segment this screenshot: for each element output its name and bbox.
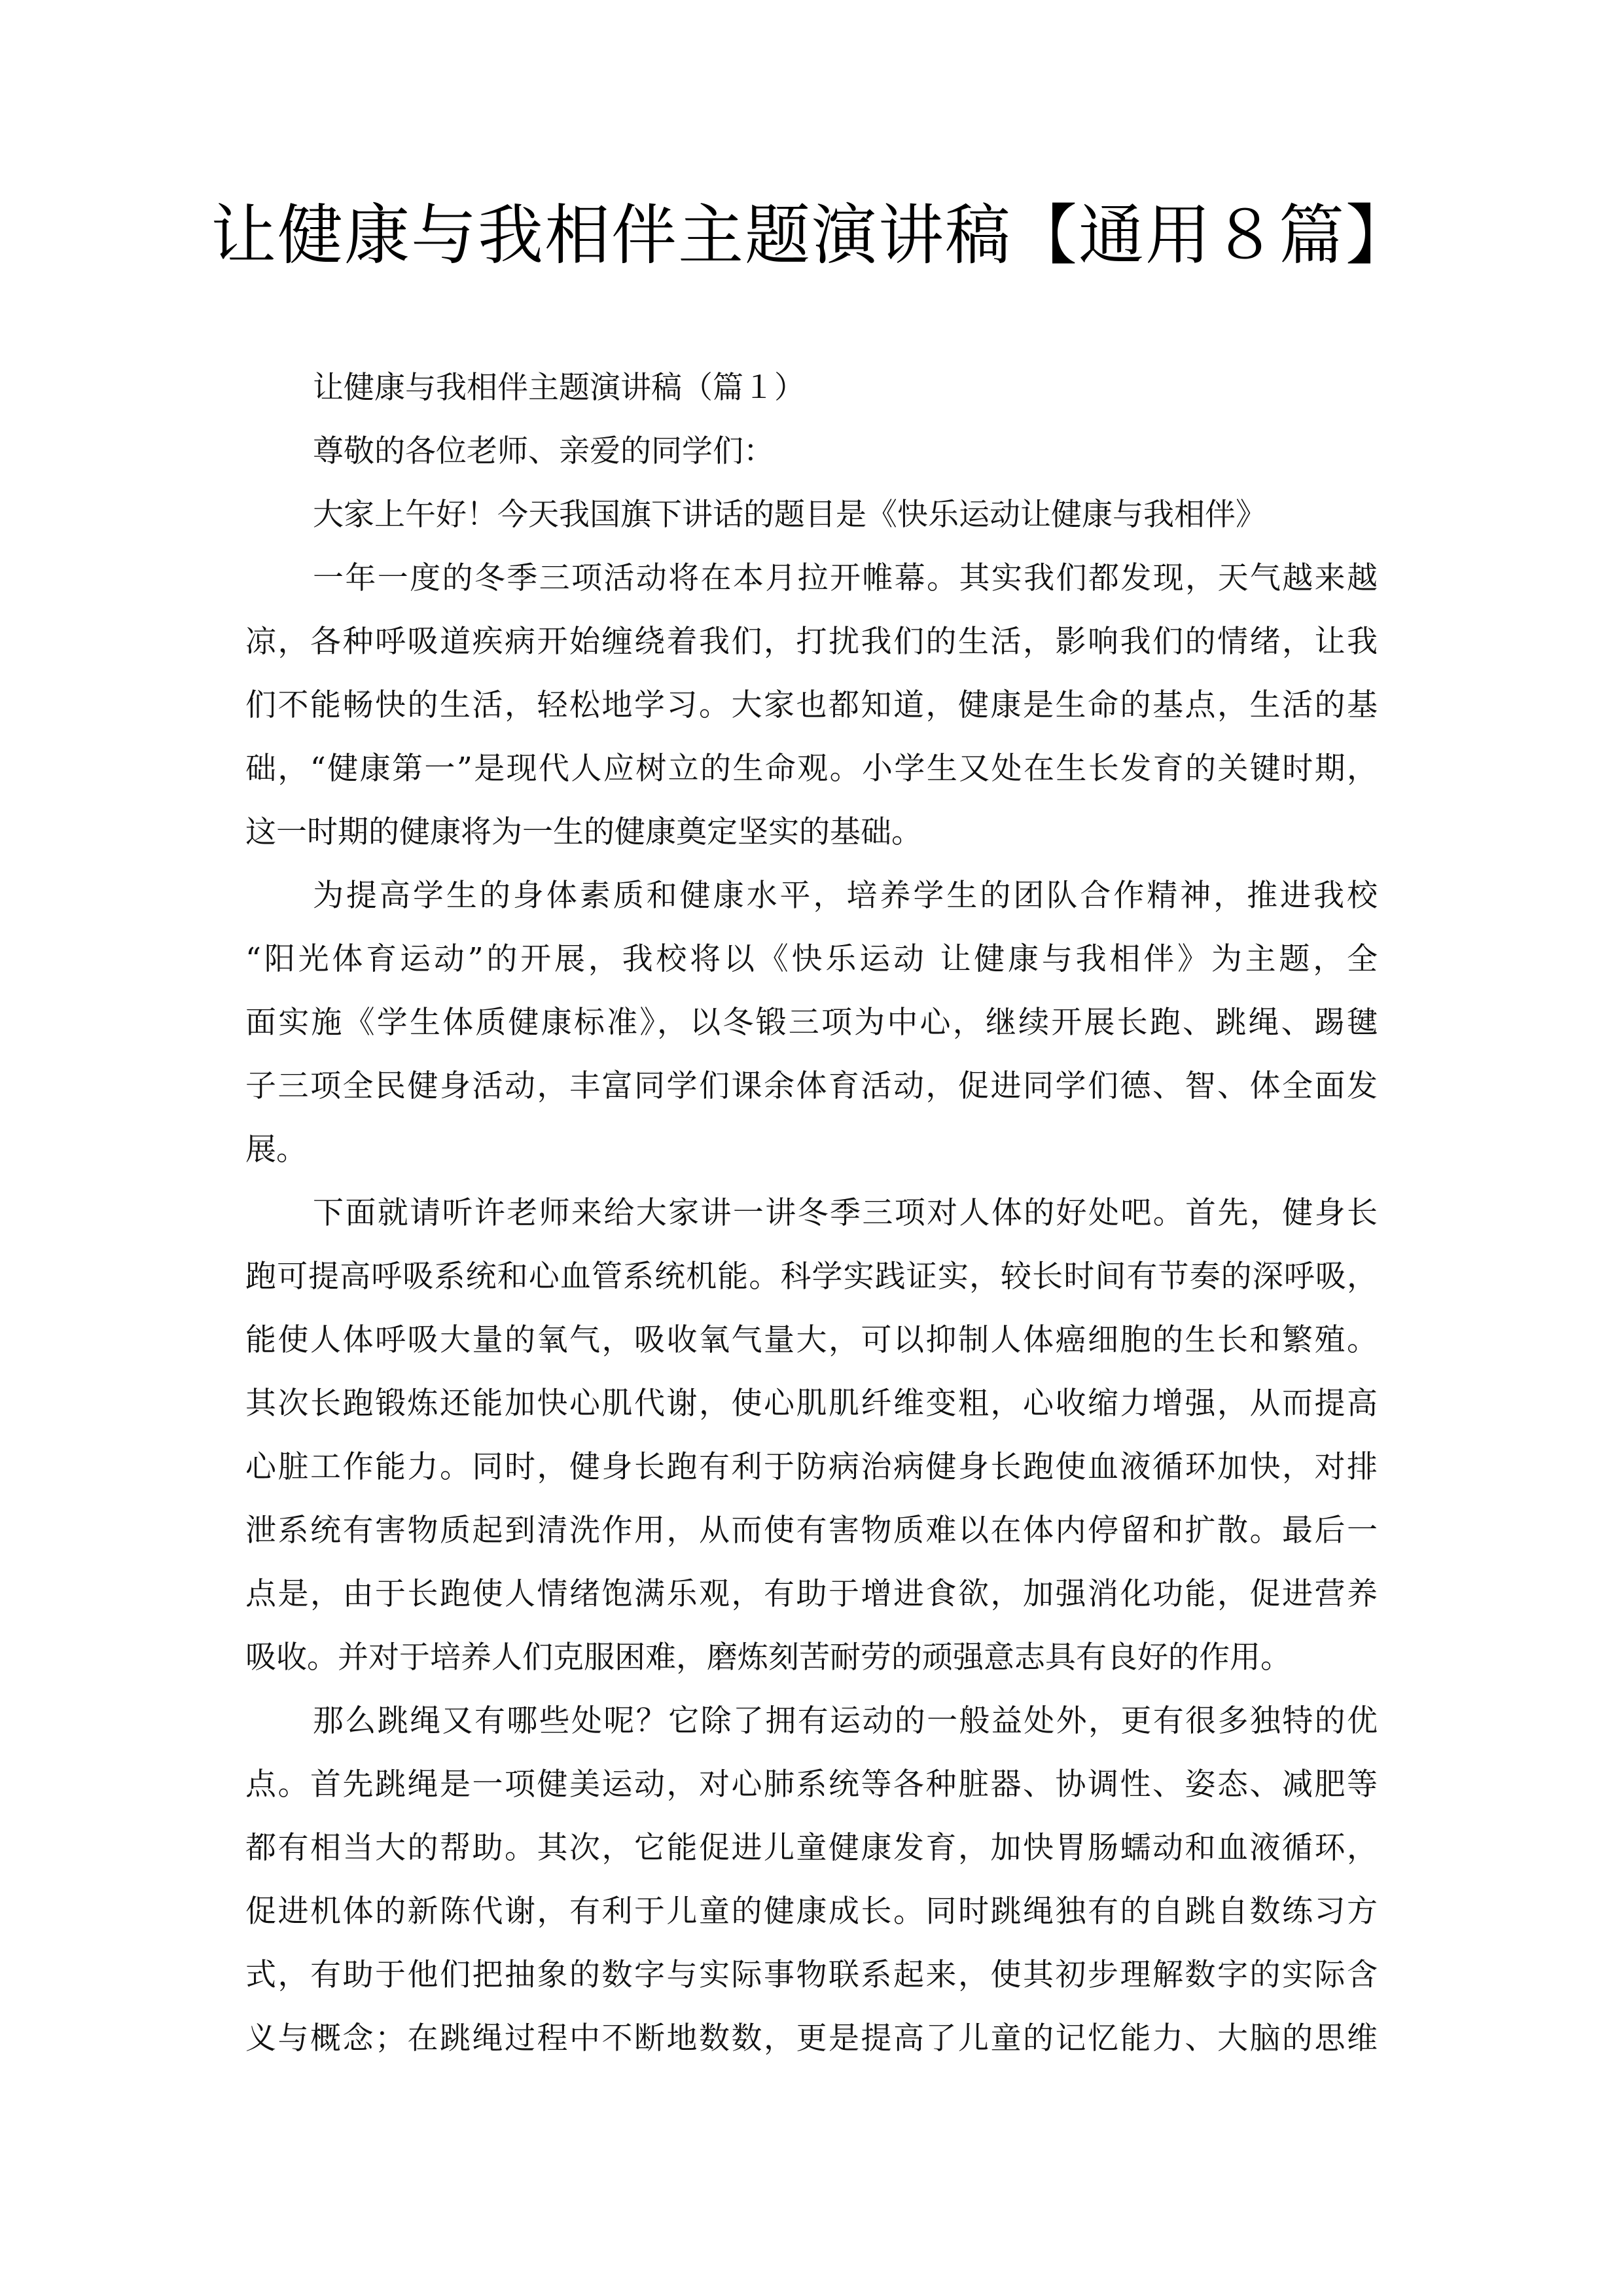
text-line: 凉，各种呼吸道疾病开始缠绕着我们，打扰我们的生活，影响我们的情绪，让我	[245, 610, 1378, 673]
text-line: 础，“健康第一”是现代人应树立的生命观。小学生又处在生长发育的关键时期，	[245, 737, 1378, 800]
text-line: 尊敬的各位老师、亲爱的同学们：	[245, 420, 1378, 483]
document-body: 让健康与我相伴主题演讲稿（篇１） 尊敬的各位老师、亲爱的同学们： 大家上午好！今…	[245, 356, 1378, 2070]
text-line: 点是，由于长跑使人情绪饱满乐观，有助于增进食欲，加强消化功能，促进营养	[245, 1562, 1378, 1626]
text-line: 式，有助于他们把抽象的数字与实际事物联系起来，使其初步理解数字的实际含	[245, 1943, 1378, 2007]
text-line: 一年一度的冬季三项活动将在本月拉开帷幕。其实我们都发现，天气越来越	[245, 547, 1378, 610]
text-line: 面实施《学生体质健康标准》，以冬锻三项为中心，继续开展长跑、跳绳、踢毽	[245, 991, 1378, 1054]
text-line: 促进机体的新陈代谢，有利于儿童的健康成长。同时跳绳独有的自跳自数练习方	[245, 1880, 1378, 1943]
paragraph-2: 为提高学生的身体素质和健康水平，培养学生的团队合作精神，推进我校 “阳光体育运动…	[245, 864, 1378, 1181]
text-line: 们不能畅快的生活，轻松地学习。大家也都知道，健康是生命的基点，生活的基	[245, 673, 1378, 737]
text-line: 点。首先跳绳是一项健美运动，对心肺系统等各种脏器、协调性、姿态、减肥等	[245, 1753, 1378, 1816]
text-line: 这一时期的健康将为一生的健康奠定坚实的基础。	[245, 800, 1378, 864]
text-line: 大家上午好！今天我国旗下讲话的题目是《快乐运动让健康与我相伴》	[245, 483, 1378, 547]
text-line: 泄系统有害物质起到清洗作用，从而使有害物质难以在体内停留和扩散。最后一	[245, 1499, 1378, 1562]
text-line: 义与概念；在跳绳过程中不断地数数，更是提高了儿童的记忆能力、大脑的思维	[245, 2007, 1378, 2070]
text-line: 那么跳绳又有哪些处呢？它除了拥有运动的一般益处外，更有很多独特的优	[245, 1689, 1378, 1753]
text-line: 吸收。并对于培养人们克服困难，磨炼刻苦耐劳的顽强意志具有良好的作用。	[245, 1626, 1378, 1689]
salutation: 尊敬的各位老师、亲爱的同学们：	[245, 420, 1378, 483]
text-line: 展。	[245, 1118, 1378, 1181]
document-page: 让健康与我相伴主题演讲稿【通用８篇】 让健康与我相伴主题演讲稿（篇１） 尊敬的各…	[0, 0, 1623, 2296]
text-line: 为提高学生的身体素质和健康水平，培养学生的团队合作精神，推进我校	[245, 864, 1378, 927]
document-title: 让健康与我相伴主题演讲稿【通用８篇】	[0, 196, 1623, 275]
paragraph-4: 那么跳绳又有哪些处呢？它除了拥有运动的一般益处外，更有很多独特的优 点。首先跳绳…	[245, 1689, 1378, 2070]
text-line: 让健康与我相伴主题演讲稿（篇１）	[245, 356, 1378, 420]
text-line: 都有相当大的帮助。其次，它能促进儿童健康发育，加快胃肠蠕动和血液循环，	[245, 1816, 1378, 1880]
text-line: 下面就请听许老师来给大家讲一讲冬季三项对人体的好处吧。首先，健身长	[245, 1181, 1378, 1245]
paragraph-1: 一年一度的冬季三项活动将在本月拉开帷幕。其实我们都发现，天气越来越 凉，各种呼吸…	[245, 547, 1378, 864]
text-line: 能使人体呼吸大量的氧气，吸收氧气量大，可以抑制人体癌细胞的生长和繁殖。	[245, 1308, 1378, 1372]
text-line: 子三项全民健身活动，丰富同学们课余体育活动，促进同学们德、智、体全面发	[245, 1054, 1378, 1118]
text-line: “阳光体育运动”的开展，我校将以《快乐运动 让健康与我相伴》为主题，全	[245, 927, 1378, 991]
text-line: 其次长跑锻炼还能加快心肌代谢，使心肌肌纤维变粗，心收缩力增强，从而提高	[245, 1372, 1378, 1435]
text-line: 跑可提高呼吸系统和心血管系统机能。科学实践证实，较长时间有节奏的深呼吸，	[245, 1245, 1378, 1308]
greeting: 大家上午好！今天我国旗下讲话的题目是《快乐运动让健康与我相伴》	[245, 483, 1378, 547]
section-heading: 让健康与我相伴主题演讲稿（篇１）	[245, 356, 1378, 420]
paragraph-3: 下面就请听许老师来给大家讲一讲冬季三项对人体的好处吧。首先，健身长 跑可提高呼吸…	[245, 1181, 1378, 1689]
text-line: 心脏工作能力。同时，健身长跑有利于防病治病健身长跑使血液循环加快，对排	[245, 1435, 1378, 1499]
